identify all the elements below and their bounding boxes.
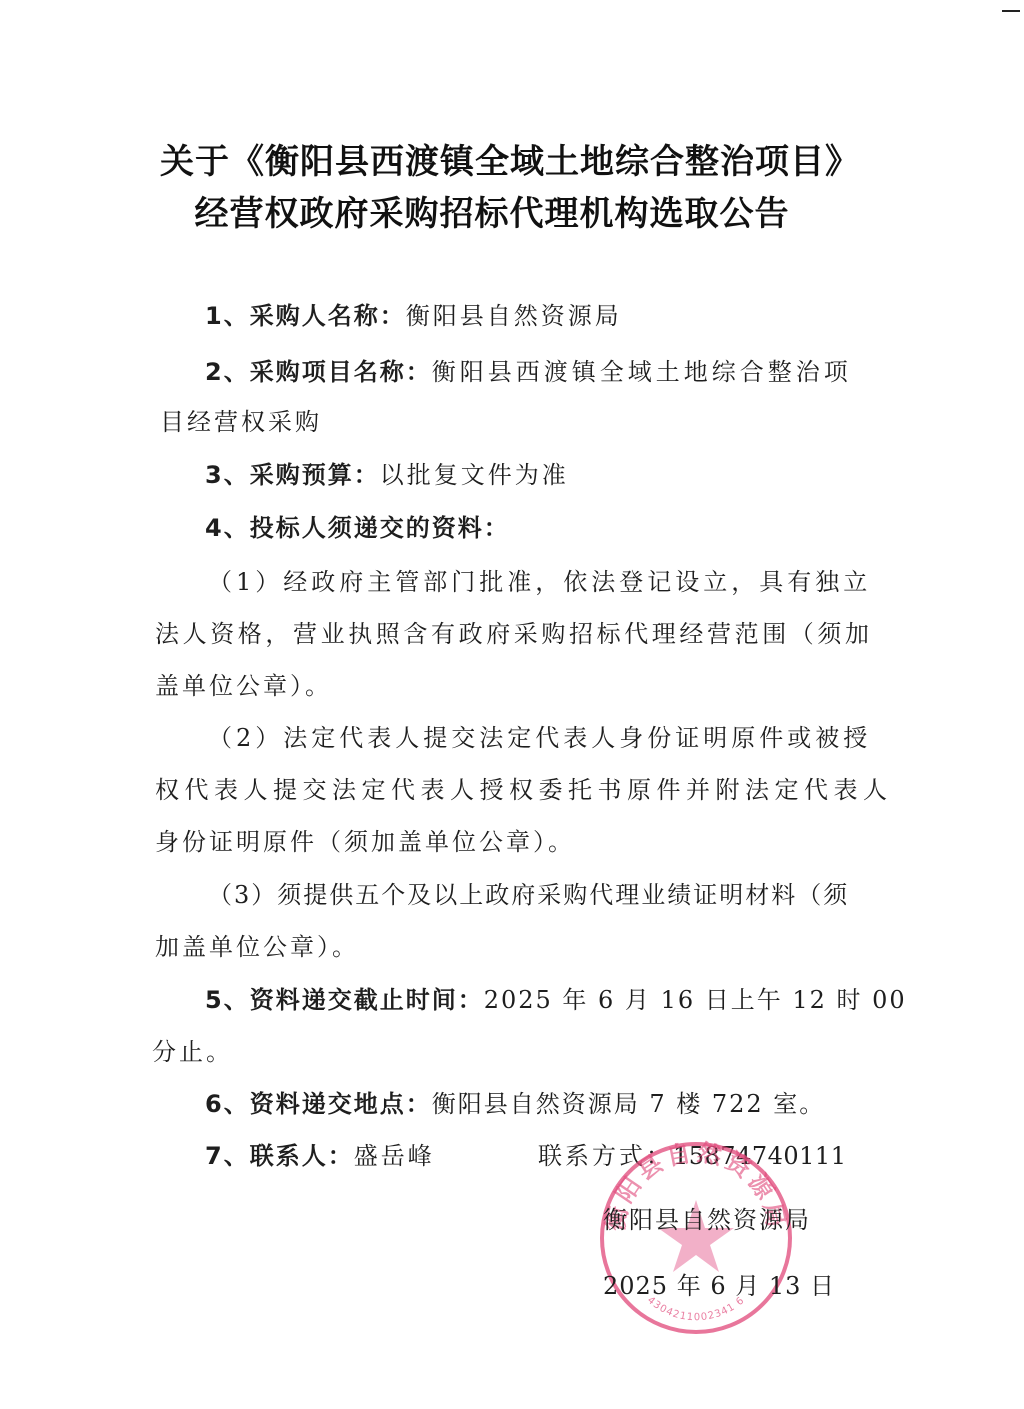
item-label: 4、投标人须递交的资料： (205, 514, 510, 542)
item-value: 衡阳县自然资源局 (406, 302, 622, 330)
item-purchaser: 1、采购人名称：衡阳县自然资源局 (205, 296, 622, 331)
item-deadline-cont: 分止。 (152, 1032, 233, 1067)
signature-date: 2025 年 6 月 13 日 (603, 1266, 835, 1301)
item-project-name-cont: 目经营权采购 (160, 402, 322, 437)
item-value: 2025 年 6 月 16 日上午 12 时 00 (484, 986, 907, 1014)
requirement-2-line1: （2）法定代表人提交法定代表人身份证明原件或被授 (208, 718, 871, 753)
document-title-line1: 关于《衡阳县西渡镇全域土地综合整治项目》 (0, 134, 1022, 183)
scan-corner-mark (1002, 10, 1020, 12)
item-value: 盛岳峰 (354, 1142, 435, 1170)
requirement-1-line3: 盖单位公章）。 (155, 666, 332, 701)
contact-label: 联系方式： (538, 1142, 673, 1170)
item-value: 衡阳县西渡镇全域土地综合整治项 (432, 358, 852, 386)
item-value: 衡阳县自然资源局 7 楼 722 室。 (432, 1090, 826, 1118)
item-label: 2、采购项目名称： (205, 358, 432, 386)
item-label: 1、采购人名称： (205, 302, 406, 330)
requirement-2-line3: 身份证明原件（须加盖单位公章）。 (155, 822, 575, 857)
item-contact-person: 7、联系人：盛岳峰 (205, 1136, 435, 1171)
item-budget: 3、采购预算：以批复文件为准 (205, 455, 569, 490)
item-project-name: 2、采购项目名称：衡阳县西渡镇全域土地综合整治项 (205, 352, 852, 387)
item-label: 3、采购预算： (205, 461, 380, 489)
signature-organization: 衡阳县自然资源局 (603, 1200, 811, 1235)
document-title-line2: 经营权政府采购招标代理机构选取公告 (0, 186, 1004, 235)
item-label: 5、资料递交截止时间： (205, 986, 484, 1014)
requirement-2-line2: 权代表人提交法定代表人授权委托书原件并附法定代表人 (155, 770, 893, 805)
contact-value: 15874740111 (673, 1142, 846, 1170)
item-contact-phone: 联系方式：15874740111 (538, 1136, 846, 1171)
item-value: 以批复文件为准 (380, 461, 569, 489)
requirement-1-line2: 法人资格，营业执照含有政府采购招标代理经营范围（须加 (155, 614, 873, 649)
item-required-materials: 4、投标人须递交的资料： (205, 508, 510, 543)
requirement-1-line1: （1）经政府主管部门批准，依法登记设立，具有独立 (208, 562, 871, 597)
item-deadline: 5、资料递交截止时间：2025 年 6 月 16 日上午 12 时 00 (205, 980, 907, 1015)
item-location: 6、资料递交地点：衡阳县自然资源局 7 楼 722 室。 (205, 1084, 825, 1119)
item-label: 6、资料递交地点： (205, 1090, 432, 1118)
requirement-3-line1: （3）须提供五个及以上政府采购代理业绩证明材料（须 (208, 875, 849, 910)
requirement-3-line2: 加盖单位公章）。 (155, 927, 359, 962)
item-label: 7、联系人： (205, 1142, 354, 1170)
